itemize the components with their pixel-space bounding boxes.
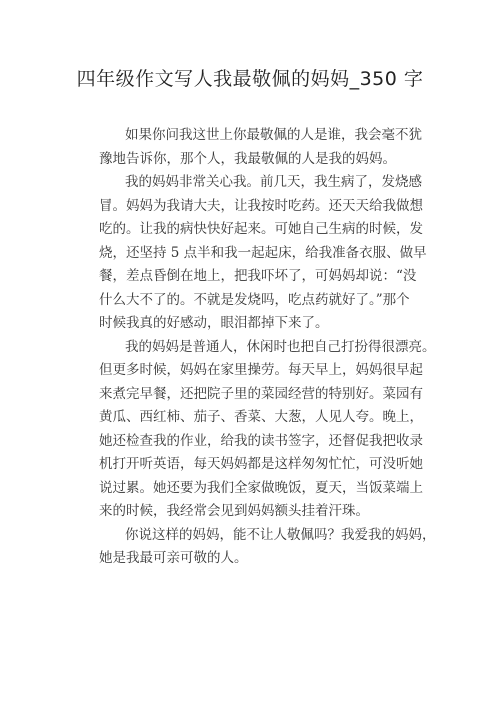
text-line: 她还检查我的作业，给我的读书签字，还督促我把收录: [99, 430, 421, 454]
text-line: 吃的。让我的病快快好起来。可她自己生病的时候，发: [99, 218, 421, 242]
text-line: 冒。妈妈为我请大夫，让我按时吃药。还天天给我做想: [99, 195, 421, 219]
text-line: 来的时候，我经常会见到妈妈额头挂着汗珠。: [99, 500, 421, 524]
text-line: 来煮完早餐，还把院子里的菜园经营的特别好。菜园有: [99, 383, 421, 407]
text-line: 豫地告诉你，那个人，我最敬佩的人是我的妈妈。: [99, 148, 421, 172]
text-line: 什么大不了的。不就是发烧吗，吃点药就好了。”那个: [99, 289, 421, 313]
text-line: 烧，还坚持 5 点半和我一起起床，给我准备衣服、做早: [99, 242, 421, 266]
document-title: 四年级作文写人我最敬佩的妈妈_350 字: [0, 64, 500, 91]
text-line: 机打开听英语，每天妈妈都是这样匆匆忙忙，可没听她: [99, 453, 421, 477]
document-body: 如果你问我这世上你最敬佩的人是谁，我会毫不犹 豫地告诉你，那个人，我最敬佩的人是…: [99, 124, 421, 571]
text-line: 如果你问我这世上你最敬佩的人是谁，我会毫不犹: [99, 124, 421, 148]
text-line: 黄瓜、西红柿、茄子、香菜、大葱，人见人夸。晚上，: [99, 406, 421, 430]
text-line: 餐，差点昏倒在地上，把我吓坏了，可妈妈却说：“没: [99, 265, 421, 289]
text-line: 时候我真的好感动，眼泪都掉下来了。: [99, 312, 421, 336]
text-line: 我的妈妈非常关心我。前几天，我生病了，发烧感: [99, 171, 421, 195]
text-line: 但更多时候，妈妈在家里操劳。每天早上，妈妈很早起: [99, 359, 421, 383]
text-line: 你说这样的妈妈，能不让人敬佩吗？我爱我的妈妈，: [99, 524, 421, 548]
document-page: 四年级作文写人我最敬佩的妈妈_350 字 如果你问我这世上你最敬佩的人是谁，我会…: [0, 0, 500, 708]
text-line: 我的妈妈是普通人，休闲时也把自己打扮得很漂亮。: [99, 336, 421, 360]
text-line: 她是我最可亲可敬的人。: [99, 547, 421, 571]
text-line: 说过累。她还要为我们全家做晚饭，夏天，当饭菜端上: [99, 477, 421, 501]
